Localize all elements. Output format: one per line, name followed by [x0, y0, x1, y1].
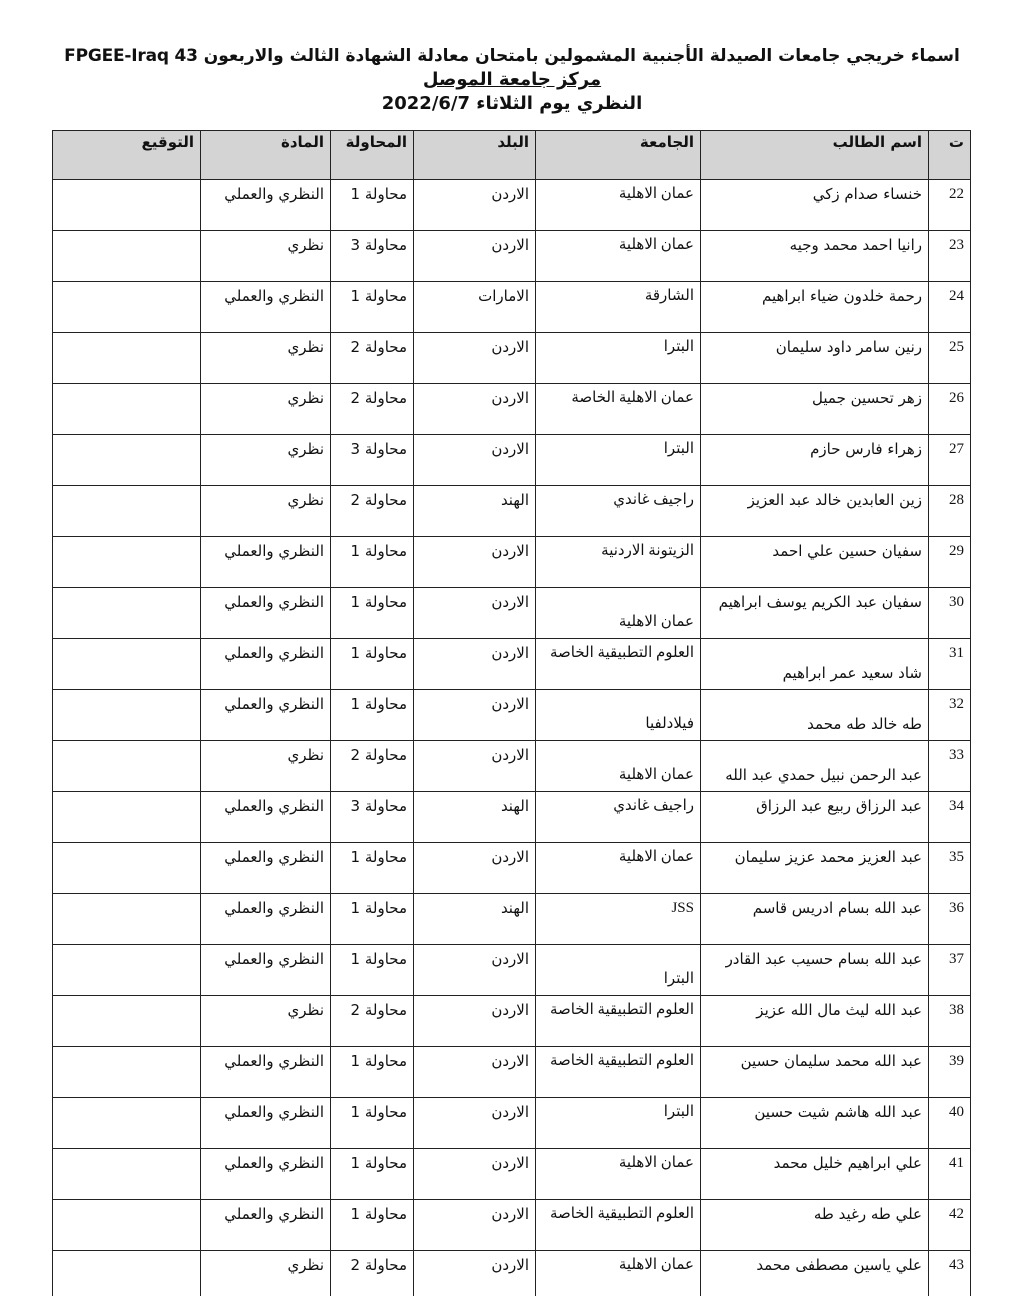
- row-index: 40: [929, 1098, 971, 1149]
- attempt-text: محاولة 1: [351, 185, 407, 203]
- university-cell: البترا: [536, 333, 701, 384]
- row-index: 39: [929, 1047, 971, 1098]
- row-index-text: 43: [949, 1257, 964, 1273]
- student-name-text: علي ياسين مصطفى محمد: [756, 1256, 922, 1274]
- signature-cell[interactable]: [53, 1098, 201, 1149]
- country-cell: الاردن: [414, 741, 536, 792]
- student-name-cell: عبد الله بسام ادريس قاسم: [701, 894, 929, 945]
- university-cell: البترا: [536, 1098, 701, 1149]
- student-name-cell: علي ياسين مصطفى محمد: [701, 1251, 929, 1296]
- row-index: 29: [929, 537, 971, 588]
- table-row: 23رانيا احمد محمد وجيهعمان الاهليةالاردن…: [53, 231, 971, 282]
- subject-cell: النظري والعملي: [201, 537, 331, 588]
- signature-cell[interactable]: [53, 1251, 201, 1296]
- country-text: الهند: [501, 899, 529, 917]
- signature-cell[interactable]: [53, 537, 201, 588]
- university-cell: العلوم التطبيقية الخاصة: [536, 996, 701, 1047]
- university-cell: JSS: [536, 894, 701, 945]
- signature-cell[interactable]: [53, 894, 201, 945]
- table-row: 33عبد الرحمن نبيل حمدي عبد اللهعمان الاه…: [53, 741, 971, 792]
- subject-cell: النظري والعملي: [201, 1149, 331, 1200]
- subject-cell: النظري والعملي: [201, 282, 331, 333]
- row-index-text: 25: [949, 339, 964, 355]
- subject-text: النظري والعملي: [224, 899, 324, 917]
- student-name-cell: عبد الله هاشم شيت حسين: [701, 1098, 929, 1149]
- row-index-text: 41: [949, 1155, 964, 1171]
- university-cell: العلوم التطبيقية الخاصة: [536, 1047, 701, 1098]
- row-index-text: 40: [949, 1104, 964, 1120]
- subject-text: النظري والعملي: [224, 695, 324, 713]
- signature-cell[interactable]: [53, 945, 201, 996]
- table-row: 43علي ياسين مصطفى محمدعمان الاهليةالاردن…: [53, 1251, 971, 1296]
- country-cell: الاردن: [414, 1047, 536, 1098]
- university-text: عمان الاهلية: [542, 612, 694, 632]
- university-cell: عمان الاهلية الخاصة: [536, 384, 701, 435]
- row-index: 25: [929, 333, 971, 384]
- signature-cell[interactable]: [53, 1149, 201, 1200]
- attempt-cell: محاولة 3: [331, 231, 414, 282]
- university-cell: عمان الاهلية: [536, 180, 701, 231]
- row-index-text: 33: [949, 747, 964, 763]
- country-cell: الاردن: [414, 639, 536, 690]
- university-cell: العلوم التطبيقية الخاصة: [536, 1200, 701, 1251]
- subject-text: النظري والعملي: [224, 644, 324, 662]
- row-index-text: 42: [949, 1206, 964, 1222]
- university-text: راجيف غاندي: [613, 492, 694, 508]
- student-name-cell: عبد الله محمد سليمان حسين: [701, 1047, 929, 1098]
- row-index-text: 37: [949, 951, 964, 967]
- attempt-cell: محاولة 1: [331, 282, 414, 333]
- attempt-cell: محاولة 2: [331, 384, 414, 435]
- row-index-text: 35: [949, 849, 964, 865]
- row-index: 31: [929, 639, 971, 690]
- attempt-text: محاولة 1: [351, 542, 407, 560]
- subject-text: النظري والعملي: [224, 185, 324, 203]
- student-name-cell: سفيان حسين علي احمد: [701, 537, 929, 588]
- student-name-cell: عبد العزيز محمد عزيز سليمان: [701, 843, 929, 894]
- country-cell: الاردن: [414, 1200, 536, 1251]
- student-name-cell: سفيان عبد الكريم يوسف ابراهيم: [701, 588, 929, 639]
- subject-cell: نظري: [201, 741, 331, 792]
- attempt-text: محاولة 1: [351, 1154, 407, 1172]
- university-cell: العلوم التطبيقية الخاصة: [536, 639, 701, 690]
- attempt-text: محاولة 2: [351, 1256, 407, 1274]
- header-country: البلد: [414, 131, 536, 180]
- row-index: 38: [929, 996, 971, 1047]
- signature-cell[interactable]: [53, 639, 201, 690]
- table-row: 39عبد الله محمد سليمان حسينالعلوم التطبي…: [53, 1047, 971, 1098]
- university-cell: عمان الاهلية: [536, 843, 701, 894]
- university-text: JSS: [671, 900, 694, 916]
- country-text: الاردن: [491, 1256, 529, 1274]
- signature-cell[interactable]: [53, 180, 201, 231]
- university-text: عمان الاهلية: [619, 849, 694, 865]
- attempt-cell: محاولة 1: [331, 843, 414, 894]
- attempt-text: محاولة 2: [351, 491, 407, 509]
- country-cell: الاردن: [414, 588, 536, 639]
- table-body: 22خنساء صدام زكيعمان الاهليةالاردنمحاولة…: [53, 180, 971, 1296]
- university-text: عمان الاهلية: [542, 765, 694, 785]
- country-text: الاردن: [491, 593, 529, 611]
- row-index-text: 31: [949, 645, 964, 661]
- student-name-text: عبد الله محمد سليمان حسين: [741, 1052, 922, 1070]
- row-index: 27: [929, 435, 971, 486]
- header-subject: المادة: [201, 131, 331, 180]
- university-text: البترا: [664, 441, 694, 457]
- table-row: 41علي ابراهيم خليل محمدعمان الاهليةالارد…: [53, 1149, 971, 1200]
- university-cell: عمان الاهلية: [536, 1251, 701, 1296]
- country-cell: الامارات: [414, 282, 536, 333]
- attempt-text: محاولة 1: [351, 695, 407, 713]
- student-name-cell: طه خالد طه محمد: [701, 690, 929, 741]
- attempt-text: محاولة 1: [351, 1205, 407, 1223]
- university-text: عمان الاهلية الخاصة: [571, 390, 694, 406]
- signature-cell[interactable]: [53, 1200, 201, 1251]
- attempt-cell: محاولة 1: [331, 690, 414, 741]
- subject-text: نظري: [288, 236, 325, 254]
- subject-text: النظري والعملي: [224, 950, 324, 968]
- signature-cell[interactable]: [53, 282, 201, 333]
- header-index: ت: [929, 131, 971, 180]
- subject-text: النظري والعملي: [224, 1052, 324, 1070]
- country-cell: الاردن: [414, 384, 536, 435]
- table-row: 28زين العابدين خالد عبد العزيزراجيف غاند…: [53, 486, 971, 537]
- university-text: العلوم التطبيقية الخاصة: [550, 1053, 694, 1069]
- attempt-cell: محاولة 1: [331, 945, 414, 996]
- attempt-text: محاولة 1: [351, 287, 407, 305]
- table-row: 38عبد الله ليث مال الله عزيزالعلوم التطب…: [53, 996, 971, 1047]
- student-name-text: زين العابدين خالد عبد العزيز: [748, 491, 922, 509]
- row-index: 35: [929, 843, 971, 894]
- student-name-cell: خنساء صدام زكي: [701, 180, 929, 231]
- attempt-cell: محاولة 1: [331, 588, 414, 639]
- subject-text: النظري والعملي: [224, 1205, 324, 1223]
- row-index: 34: [929, 792, 971, 843]
- row-index: 41: [929, 1149, 971, 1200]
- exam-center: مركز جامعة الموصل: [0, 68, 1024, 92]
- country-cell: الاردن: [414, 180, 536, 231]
- country-text: الاردن: [491, 848, 529, 866]
- subject-cell: النظري والعملي: [201, 690, 331, 741]
- student-name-text: علي ابراهيم خليل محمد: [774, 1154, 922, 1172]
- row-index-text: 34: [949, 798, 964, 814]
- subject-cell: النظري والعملي: [201, 1098, 331, 1149]
- country-text: الاردن: [491, 185, 529, 203]
- attempt-cell: محاولة 1: [331, 639, 414, 690]
- country-text: الاردن: [491, 1205, 529, 1223]
- university-cell: عمان الاهلية: [536, 588, 701, 639]
- university-text: عمان الاهلية: [619, 186, 694, 202]
- student-name-text: شاد سعيد عمر ابراهيم: [707, 663, 922, 683]
- signature-cell[interactable]: [53, 996, 201, 1047]
- header-university: الجامعة: [536, 131, 701, 180]
- student-name-text: عبد الرحمن نبيل حمدي عبد الله: [707, 765, 922, 785]
- table-row: 42علي طه رغيد طهالعلوم التطبيقية الخاصةا…: [53, 1200, 971, 1251]
- subject-cell: النظري والعملي: [201, 588, 331, 639]
- row-index: 30: [929, 588, 971, 639]
- subject-text: النظري والعملي: [224, 287, 324, 305]
- student-name-cell: عبد الله بسام حسيب عبد القادر: [701, 945, 929, 996]
- header-signature: التوقيع: [53, 131, 201, 180]
- student-name-cell: زين العابدين خالد عبد العزيز: [701, 486, 929, 537]
- country-cell: الاردن: [414, 333, 536, 384]
- country-text: الاردن: [491, 1103, 529, 1121]
- university-text: البترا: [542, 969, 694, 989]
- university-text: عمان الاهلية: [619, 1155, 694, 1171]
- student-name-cell: زهراء فارس حازم: [701, 435, 929, 486]
- country-text: الاردن: [491, 389, 529, 407]
- country-cell: الاردن: [414, 1149, 536, 1200]
- subject-text: النظري والعملي: [224, 1154, 324, 1172]
- subject-cell: نظري: [201, 486, 331, 537]
- university-cell: فيلادلفيا: [536, 690, 701, 741]
- attempt-cell: محاولة 2: [331, 741, 414, 792]
- student-name-text: عبد الرزاق ربيع عبد الرزاق: [756, 797, 922, 815]
- row-index: 22: [929, 180, 971, 231]
- document-title: اسماء خريجي جامعات الصيدلة الأجنبية المش…: [0, 44, 1024, 68]
- table-row: 35عبد العزيز محمد عزيز سليمانعمان الاهلي…: [53, 843, 971, 894]
- table-row: 40عبد الله هاشم شيت حسينالبتراالاردنمحاو…: [53, 1098, 971, 1149]
- subject-text: نظري: [288, 440, 325, 458]
- university-cell: عمان الاهلية: [536, 231, 701, 282]
- signature-cell[interactable]: [53, 1047, 201, 1098]
- university-text: البترا: [664, 339, 694, 355]
- university-cell: راجيف غاندي: [536, 792, 701, 843]
- attempt-cell: محاولة 1: [331, 1047, 414, 1098]
- country-cell: الاردن: [414, 231, 536, 282]
- subject-cell: النظري والعملي: [201, 945, 331, 996]
- table-row: 32طه خالد طه محمدفيلادلفياالاردنمحاولة 1…: [53, 690, 971, 741]
- university-text: البترا: [664, 1104, 694, 1120]
- table-row: 27زهراء فارس حازمالبتراالاردنمحاولة 3نظر…: [53, 435, 971, 486]
- document-titles: اسماء خريجي جامعات الصيدلة الأجنبية المش…: [0, 44, 1024, 116]
- signature-cell[interactable]: [53, 333, 201, 384]
- student-name-text: رحمة خلدون ضياء ابراهيم: [762, 287, 922, 305]
- student-name-text: زهراء فارس حازم: [810, 440, 922, 458]
- row-index: 36: [929, 894, 971, 945]
- country-text: الاردن: [491, 1001, 529, 1019]
- row-index-text: 39: [949, 1053, 964, 1069]
- students-table: ت اسم الطالب الجامعة البلد المحاولة الما…: [52, 130, 971, 1296]
- country-cell: الهند: [414, 792, 536, 843]
- university-text: الشارقة: [645, 288, 694, 304]
- student-name-text: سفيان حسين علي احمد: [772, 542, 922, 560]
- country-cell: الاردن: [414, 435, 536, 486]
- subject-cell: النظري والعملي: [201, 639, 331, 690]
- signature-cell[interactable]: [53, 843, 201, 894]
- row-index: 23: [929, 231, 971, 282]
- row-index-text: 23: [949, 237, 964, 253]
- row-index: 43: [929, 1251, 971, 1296]
- student-name-text: عبد الله هاشم شيت حسين: [754, 1103, 922, 1121]
- signature-cell[interactable]: [53, 231, 201, 282]
- row-index-text: 36: [949, 900, 964, 916]
- university-cell: عمان الاهلية: [536, 741, 701, 792]
- row-index-text: 28: [949, 492, 964, 508]
- signature-cell[interactable]: [53, 384, 201, 435]
- student-name-cell: عبد الرحمن نبيل حمدي عبد الله: [701, 741, 929, 792]
- table-row: 36عبد الله بسام ادريس قاسمJSSالهندمحاولة…: [53, 894, 971, 945]
- attempt-text: محاولة 1: [351, 1052, 407, 1070]
- country-text: الاردن: [491, 1052, 529, 1070]
- table-row: 25رنين سامر داود سليمانالبتراالاردنمحاول…: [53, 333, 971, 384]
- country-text: الاردن: [491, 236, 529, 254]
- attempt-text: محاولة 1: [351, 1103, 407, 1121]
- student-name-cell: عبد الله ليث مال الله عزيز: [701, 996, 929, 1047]
- attempt-cell: محاولة 1: [331, 180, 414, 231]
- attempt-text: محاولة 1: [351, 950, 407, 968]
- country-text: الاردن: [491, 746, 529, 764]
- student-name-cell: رانيا احمد محمد وجيه: [701, 231, 929, 282]
- subject-cell: النظري والعملي: [201, 1047, 331, 1098]
- country-text: الاردن: [491, 338, 529, 356]
- subject-cell: نظري: [201, 231, 331, 282]
- table-row: 37عبد الله بسام حسيب عبد القادرالبتراالا…: [53, 945, 971, 996]
- attempt-text: محاولة 2: [351, 389, 407, 407]
- row-index-text: 32: [949, 696, 964, 712]
- row-index: 32: [929, 690, 971, 741]
- university-text: الزيتونة الاردنية: [601, 543, 694, 559]
- student-name-text: عبد الله بسام ادريس قاسم: [753, 899, 922, 917]
- country-text: الهند: [501, 797, 529, 815]
- university-text: العلوم التطبيقية الخاصة: [550, 1002, 694, 1018]
- subject-cell: النظري والعملي: [201, 1200, 331, 1251]
- subject-cell: النظري والعملي: [201, 792, 331, 843]
- attempt-cell: محاولة 1: [331, 1098, 414, 1149]
- country-text: الاردن: [491, 950, 529, 968]
- subject-cell: نظري: [201, 333, 331, 384]
- university-cell: البترا: [536, 435, 701, 486]
- attempt-cell: محاولة 3: [331, 435, 414, 486]
- attempt-text: محاولة 2: [351, 338, 407, 356]
- student-name-cell: زهر تحسين جميل: [701, 384, 929, 435]
- attempt-text: محاولة 1: [351, 848, 407, 866]
- student-name-text: عبد الله ليث مال الله عزيز: [756, 1001, 922, 1019]
- student-name-text: علي طه رغيد طه: [814, 1205, 922, 1223]
- subject-text: نظري: [288, 491, 325, 509]
- university-text: فيلادلفيا: [542, 714, 694, 734]
- subject-cell: النظري والعملي: [201, 894, 331, 945]
- country-cell: الاردن: [414, 1251, 536, 1296]
- country-text: الاردن: [491, 644, 529, 662]
- subject-cell: نظري: [201, 1251, 331, 1296]
- country-cell: الاردن: [414, 690, 536, 741]
- university-text: عمان الاهلية: [619, 237, 694, 253]
- attempt-cell: محاولة 1: [331, 537, 414, 588]
- attempt-text: محاولة 3: [351, 236, 407, 254]
- row-index-text: 27: [949, 441, 964, 457]
- country-cell: الاردن: [414, 945, 536, 996]
- attempt-cell: محاولة 1: [331, 1200, 414, 1251]
- header-attempt: المحاولة: [331, 131, 414, 180]
- subject-cell: نظري: [201, 435, 331, 486]
- student-name-cell: عبد الرزاق ربيع عبد الرزاق: [701, 792, 929, 843]
- university-text: راجيف غاندي: [613, 798, 694, 814]
- signature-cell[interactable]: [53, 435, 201, 486]
- attempt-text: محاولة 3: [351, 797, 407, 815]
- row-index: 28: [929, 486, 971, 537]
- country-text: الاردن: [491, 542, 529, 560]
- university-text: العلوم التطبيقية الخاصة: [550, 645, 694, 661]
- country-text: الاردن: [491, 440, 529, 458]
- table-row: 24رحمة خلدون ضياء ابراهيمالشارقةالامارات…: [53, 282, 971, 333]
- attempt-cell: محاولة 2: [331, 996, 414, 1047]
- student-name-text: زهر تحسين جميل: [812, 389, 922, 407]
- student-name-text: خنساء صدام زكي: [813, 185, 922, 203]
- subject-text: نظري: [288, 389, 325, 407]
- row-index-text: 26: [949, 390, 964, 406]
- country-cell: الاردن: [414, 843, 536, 894]
- university-cell: الشارقة: [536, 282, 701, 333]
- subject-text: نظري: [288, 746, 325, 764]
- row-index-text: 29: [949, 543, 964, 559]
- attempt-text: محاولة 1: [351, 899, 407, 917]
- subject-text: النظري والعملي: [224, 542, 324, 560]
- student-name-text: رنين سامر داود سليمان: [776, 338, 922, 356]
- university-cell: البترا: [536, 945, 701, 996]
- subject-cell: النظري والعملي: [201, 843, 331, 894]
- attempt-cell: محاولة 2: [331, 1251, 414, 1296]
- attempt-cell: محاولة 3: [331, 792, 414, 843]
- attempt-text: محاولة 2: [351, 746, 407, 764]
- student-name-text: عبد العزيز محمد عزيز سليمان: [735, 848, 922, 866]
- subject-cell: نظري: [201, 996, 331, 1047]
- university-cell: عمان الاهلية: [536, 1149, 701, 1200]
- country-cell: الاردن: [414, 996, 536, 1047]
- student-name-cell: رحمة خلدون ضياء ابراهيم: [701, 282, 929, 333]
- country-cell: الهند: [414, 486, 536, 537]
- subject-text: النظري والعملي: [224, 593, 324, 611]
- university-cell: الزيتونة الاردنية: [536, 537, 701, 588]
- row-index-text: 30: [949, 594, 964, 610]
- signature-cell[interactable]: [53, 690, 201, 741]
- subject-text: نظري: [288, 338, 325, 356]
- attempt-text: محاولة 2: [351, 1001, 407, 1019]
- table-row: 29سفيان حسين علي احمدالزيتونة الاردنيةال…: [53, 537, 971, 588]
- student-name-text: عبد الله بسام حسيب عبد القادر: [726, 950, 922, 968]
- row-index-text: 38: [949, 1002, 964, 1018]
- attempt-text: محاولة 1: [351, 644, 407, 662]
- student-name-cell: رنين سامر داود سليمان: [701, 333, 929, 384]
- signature-cell[interactable]: [53, 741, 201, 792]
- country-cell: الاردن: [414, 537, 536, 588]
- subject-text: النظري والعملي: [224, 1103, 324, 1121]
- student-name-cell: علي ابراهيم خليل محمد: [701, 1149, 929, 1200]
- attempt-text: محاولة 3: [351, 440, 407, 458]
- university-cell: راجيف غاندي: [536, 486, 701, 537]
- row-index: 37: [929, 945, 971, 996]
- signature-cell[interactable]: [53, 792, 201, 843]
- header-student-name: اسم الطالب: [701, 131, 929, 180]
- university-text: العلوم التطبيقية الخاصة: [550, 1206, 694, 1222]
- country-text: الاردن: [491, 695, 529, 713]
- country-cell: الاردن: [414, 1098, 536, 1149]
- row-index-text: 24: [949, 288, 964, 304]
- signature-cell[interactable]: [53, 588, 201, 639]
- student-name-cell: شاد سعيد عمر ابراهيم: [701, 639, 929, 690]
- student-name-cell: علي طه رغيد طه: [701, 1200, 929, 1251]
- signature-cell[interactable]: [53, 486, 201, 537]
- subject-text: نظري: [288, 1001, 325, 1019]
- table-row: 31شاد سعيد عمر ابراهيمالعلوم التطبيقية ا…: [53, 639, 971, 690]
- subject-text: النظري والعملي: [224, 797, 324, 815]
- attempt-text: محاولة 1: [351, 593, 407, 611]
- row-index: 33: [929, 741, 971, 792]
- row-index: 42: [929, 1200, 971, 1251]
- student-name-text: رانيا احمد محمد وجيه: [790, 236, 922, 254]
- subject-text: نظري: [288, 1256, 325, 1274]
- attempt-cell: محاولة 1: [331, 894, 414, 945]
